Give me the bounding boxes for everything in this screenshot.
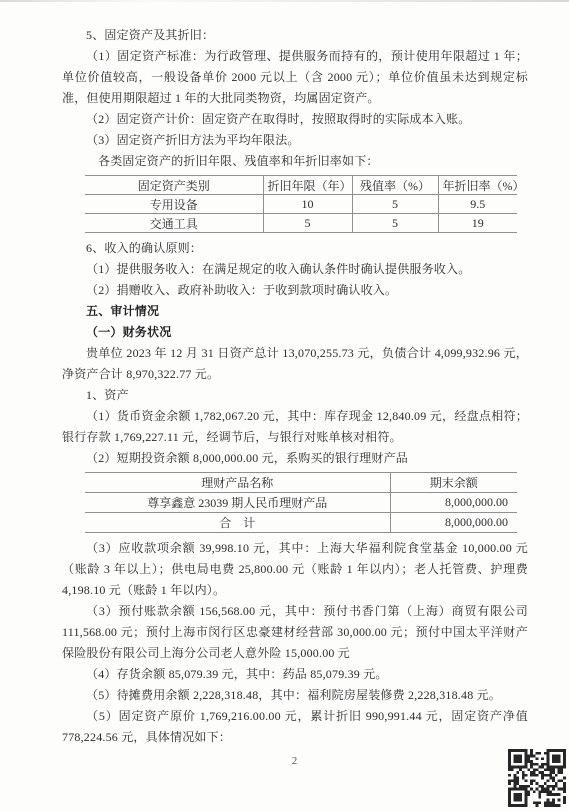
audit-report-page: 5、固定资产及其折旧： （1）固定资产标准：为行政管理、提供服务而持有的，预计使… [0,0,569,811]
section5-item2: （2）固定资产计价：固定资产在取得时，按照取得时的实际成本入账。 [62,109,528,130]
cell-residual: 5 [352,195,438,214]
asset-item-prepaid: （3）预付账款余额 156,568.00 元，其中：预付书香门第（上海）商贸有限… [62,601,528,664]
asset-item-receivables: （3）应收款项余额 39,998.10 元，其中：上海大华福利院食堂基金 10,… [62,538,528,601]
header-asset-category: 固定资产类别 [85,176,263,195]
audit-section-heading: 五、审计情况 [62,301,528,322]
table-total-row: 合 计 8,000,000.00 [85,513,517,533]
investment-table: 理财产品名称 期末余额 尊享鑫意 23039 期人民币理财产品 8,000,00… [85,472,517,533]
asset-item-deferred-expense: （5）待摊费用余额 2,228,318.48，其中：福利院房屋装修费 2,228… [62,685,528,706]
depreciation-table-header-row: 固定资产类别 折旧年限（年） 残值率（%） 年折旧率（%） [85,176,517,195]
cell-residual: 5 [352,214,438,233]
cell-category: 专用设备 [85,195,263,214]
cell-category: 交通工具 [85,214,263,233]
header-depreciation-years: 折旧年限（年） [263,176,352,195]
section5-item1: （1）固定资产标准：为行政管理、提供服务而持有的，预计使用年限超过 1 年；单位… [62,46,528,109]
section6-item1: （1）提供服务收入：在满足规定的收入确认条件时确认提供服务收入。 [62,259,528,280]
section6-heading: 6、收入的确认原则： [62,238,528,259]
header-product-name: 理财产品名称 [85,473,390,493]
qr-code [508,749,566,807]
cell-annual: 9.5 [438,195,517,214]
table-row: 尊享鑫意 23039 期人民币理财产品 8,000,000.00 [85,493,517,513]
asset-item-fixed-assets: （5）固定资产原价 1,769,216.00.00 元，累计折旧 990,991… [62,706,528,748]
depreciation-table-intro: 各类固定资产的折旧年限、残值率和年折旧率如下： [62,151,528,172]
asset-item-short-term-investment: （2）短期投资余额 8,000,000.00 元，系购买的银行理财产品 [62,448,528,469]
document-content: 5、固定资产及其折旧： （1）固定资产标准：为行政管理、提供服务而持有的，预计使… [62,25,528,748]
asset-item-inventory: （4）存货余额 85,079.39 元，其中：药品 85,079.39 元。 [62,664,528,685]
depreciation-table: 固定资产类别 折旧年限（年） 残值率（%） 年折旧率（%） 专用设备 10 5 … [85,175,517,233]
table-row: 专用设备 10 5 9.5 [85,195,517,214]
asset-item-cash: （1）货币资金余额 1,782,067.20 元，其中：库存现金 12,840.… [62,406,528,448]
cell-product-name: 尊享鑫意 23039 期人民币理财产品 [85,493,390,513]
header-annual-rate: 年折旧率（%） [438,176,517,195]
cell-years: 10 [263,195,352,214]
cell-years: 5 [263,214,352,233]
section5-heading: 5、固定资产及其折旧： [62,25,528,46]
section5-item3: （3）固定资产折旧方法为平均年限法。 [62,130,528,151]
qr-code-image [508,749,566,807]
scan-artifact-top [0,0,569,2]
header-residual-rate: 残值率（%） [352,176,438,195]
cell-total-balance: 8,000,000.00 [390,513,517,533]
cell-total-label: 合 计 [85,513,390,533]
financial-status-heading: （一）财务状况 [62,322,528,343]
table-row: 交通工具 5 5 19 [85,214,517,233]
cell-balance: 8,000,000.00 [390,493,517,513]
investment-table-header-row: 理财产品名称 期末余额 [85,473,517,493]
page-number: 2 [20,755,569,767]
section6-item2: （2）捐赠收入、政府补助收入：于收到款项时确认收入。 [62,280,528,301]
assets-heading: 1、资产 [62,385,528,406]
header-ending-balance: 期末余额 [390,473,517,493]
financial-summary: 贵单位 2023 年 12 月 31 日资产总计 13,070,255.73 元… [62,343,528,385]
cell-annual: 19 [438,214,517,233]
